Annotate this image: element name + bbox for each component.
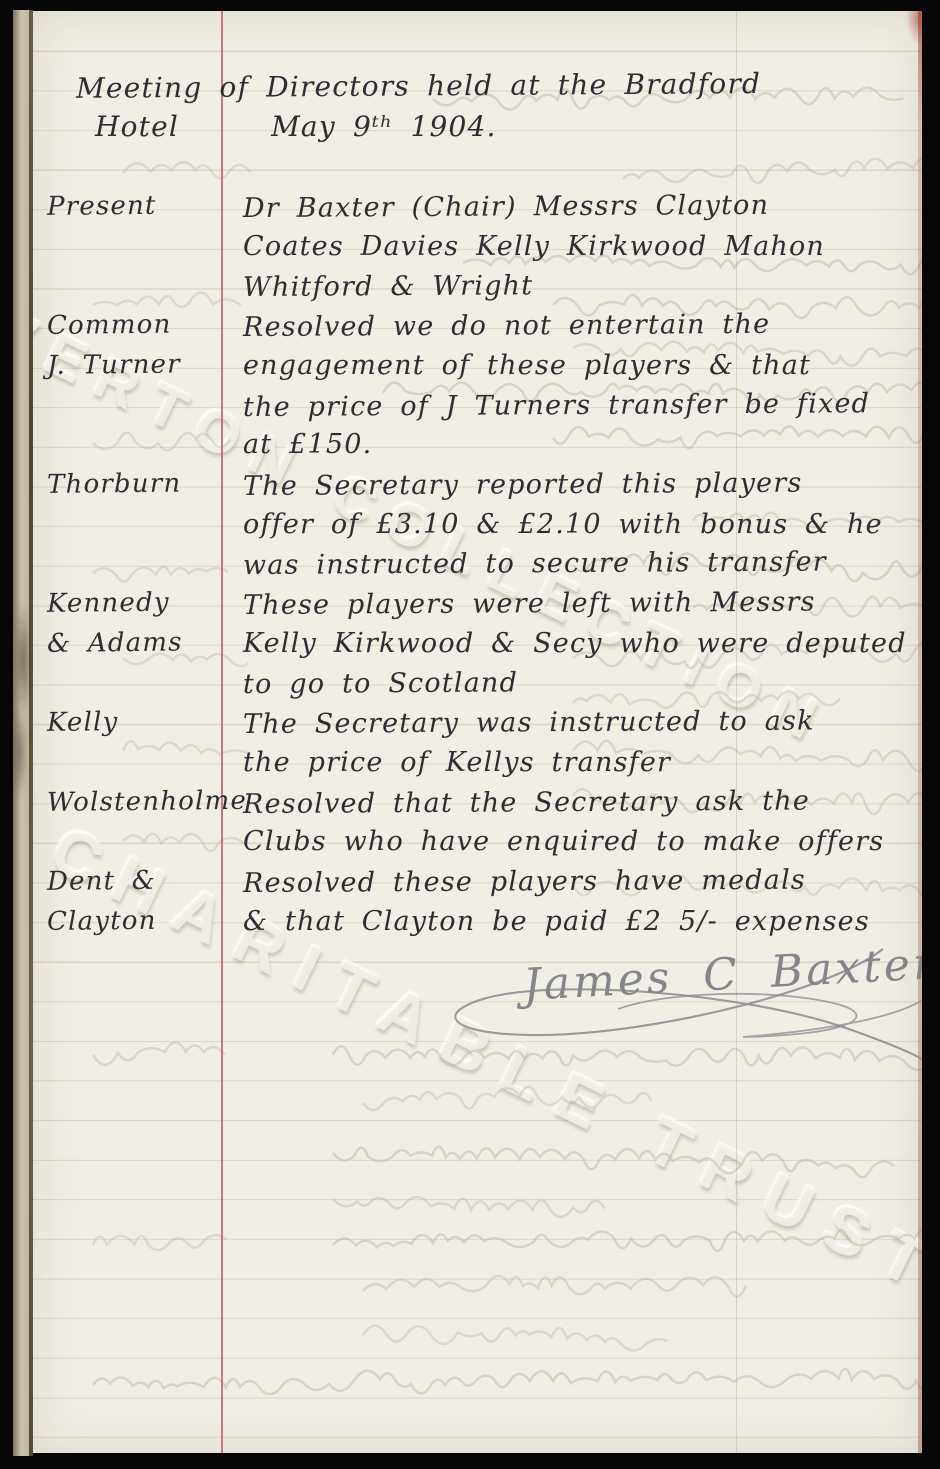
bleed-through-line [333, 1147, 894, 1178]
minute-entry: ThorburnThe Secretary reported this play… [33, 465, 922, 584]
minute-text: These players were left with MessrsKelly… [221, 584, 922, 703]
minute-line: to go to Scotland [243, 661, 912, 705]
minute-line: Clubs who have enquired to make offers [243, 822, 912, 862]
bleed-through-line [333, 1197, 605, 1217]
edge-smudge [12, 705, 28, 800]
chairman-signature-block: James C Baxter [413, 931, 922, 1081]
minute-line: The Secretary was instructed to ask [243, 701, 912, 745]
margin-label: Present [47, 186, 221, 228]
margin-label: Dent & [47, 861, 221, 903]
minute-text: Resolved we do not entertain theengageme… [221, 306, 922, 465]
margin-heading: Present [33, 187, 221, 227]
bleed-through-line [123, 162, 250, 178]
minute-line: was instructed to secure his transfer [243, 542, 912, 586]
minute-line: offer of £3.10 & £2.10 with bonus & he [243, 505, 912, 545]
margin-label: J. Turner [47, 345, 221, 387]
bleed-through-line [93, 1235, 227, 1250]
margin-label: Common [47, 305, 221, 347]
margin-label: & Adams [47, 623, 221, 665]
minute-text: Resolved these players have medals& that… [221, 862, 922, 941]
heading-margin-word: Hotel [95, 110, 179, 143]
minute-entry: WolstenholmeResolved that the Secretary … [33, 783, 922, 862]
bleed-through-line [363, 1276, 746, 1296]
margin-label: Wolstenholme [47, 782, 221, 824]
heading-line-2: HotelMay 9ᵗʰ 1904. [33, 106, 922, 147]
bleed-through-line [363, 1087, 652, 1111]
margin-label: Clayton [47, 901, 221, 943]
margin-heading: Kelly [33, 703, 221, 743]
minute-line: Whitford & Wright [243, 264, 912, 308]
minute-entry: Dent &ClaytonResolved these players have… [33, 862, 922, 941]
bleed-through-line [623, 158, 922, 183]
meeting-date: May 9ᵗʰ 1904. [271, 106, 497, 147]
margin-heading: Wolstenholme [33, 783, 221, 823]
minute-line: the price of Kellys transfer [243, 743, 912, 783]
minute-line: Coates Davies Kelly Kirkwood Mahon [243, 227, 912, 267]
minute-text: Resolved that the Secretary ask theClubs… [221, 783, 922, 862]
minute-line: the price of J Turners transfer be fixed [243, 383, 912, 427]
minute-line: The Secretary reported this players [243, 463, 912, 507]
bleed-through-line [93, 1369, 922, 1394]
margin-heading: Thorburn [33, 465, 221, 505]
bleed-through-line [93, 1042, 225, 1064]
bleed-through-line [333, 1229, 922, 1251]
minute-entry: KellyThe Secretary was instructed to ask… [33, 703, 922, 782]
minute-line: Resolved these players have medals [243, 860, 912, 904]
margin-label: Kennedy [47, 583, 221, 625]
minute-text: The Secretary was instructed to askthe p… [221, 703, 922, 782]
minute-entry: CommonJ. TurnerResolved we do not entert… [33, 306, 922, 465]
minute-line: These players were left with Messrs [243, 582, 912, 626]
scan-background: { "page": { "header": { "line1": "Meetin… [0, 0, 940, 1469]
minute-entry: PresentDr Baxter (Chair) Messrs ClaytonC… [33, 187, 922, 306]
minute-line: at £150. [243, 425, 912, 465]
marbled-corner [906, 11, 922, 45]
minute-line: engagement of these players & that [243, 346, 912, 386]
minute-entry: Kennedy& AdamsThese players were left wi… [33, 584, 922, 703]
bleed-through-line [363, 1326, 667, 1351]
minute-line: Resolved we do not entertain the [243, 304, 912, 348]
margin-label: Thorburn [47, 464, 221, 506]
minute-text: The Secretary reported this playersoffer… [221, 465, 922, 584]
minute-line: Kelly Kirkwood & Secy who were deputed [243, 624, 912, 664]
edge-smudge [14, 600, 32, 720]
minute-text: Dr Baxter (Chair) Messrs ClaytonCoates D… [221, 187, 922, 306]
margin-heading: CommonJ. Turner [33, 306, 221, 385]
margin-label: Kelly [47, 702, 221, 744]
minute-line: Dr Baxter (Chair) Messrs Clayton [243, 185, 912, 229]
minute-line: Resolved that the Secretary ask the [243, 781, 912, 825]
margin-heading: Kennedy& Adams [33, 584, 221, 663]
minutes-heading: Meeting of Directors held at the Bradfor… [33, 65, 922, 147]
minutes-entries: PresentDr Baxter (Chair) Messrs ClaytonC… [33, 187, 922, 941]
heading-line-1: Meeting of Directors held at the Bradfor… [33, 62, 922, 109]
ledger-page: EVERTON COLLECTION CHARITABLE TRUST Meet… [33, 11, 922, 1453]
margin-heading: Dent &Clayton [33, 862, 221, 941]
